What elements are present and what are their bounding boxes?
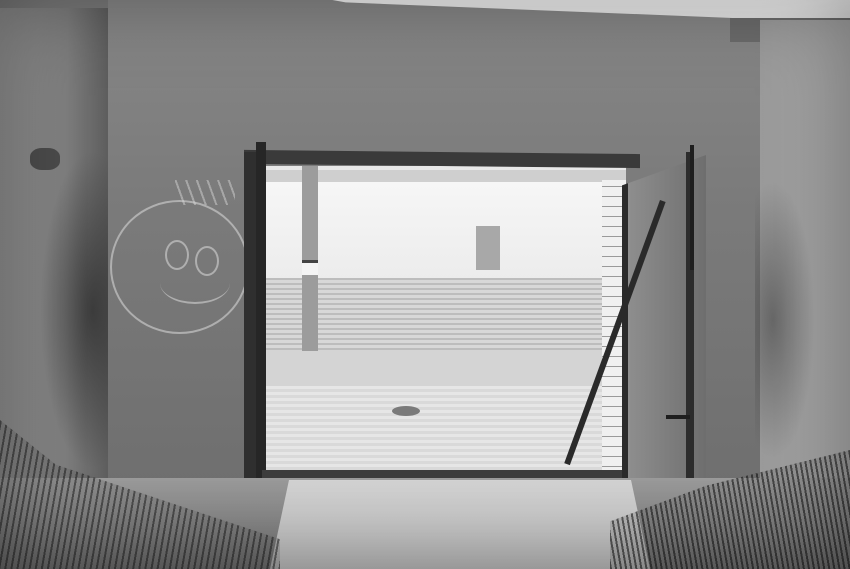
gate-handle <box>666 415 690 419</box>
wall-stain <box>40 150 115 470</box>
pole-marker-band <box>302 260 318 275</box>
utility-pole <box>302 166 318 351</box>
far-wall-door <box>476 226 500 270</box>
road <box>262 350 626 386</box>
doorway-view <box>262 166 626 474</box>
stone <box>392 406 420 416</box>
photo-scene <box>0 0 850 569</box>
wall-stain <box>755 180 815 460</box>
chalk-smile <box>160 262 230 304</box>
gate-latch-bolt <box>690 145 694 270</box>
dirt-path <box>270 480 650 569</box>
